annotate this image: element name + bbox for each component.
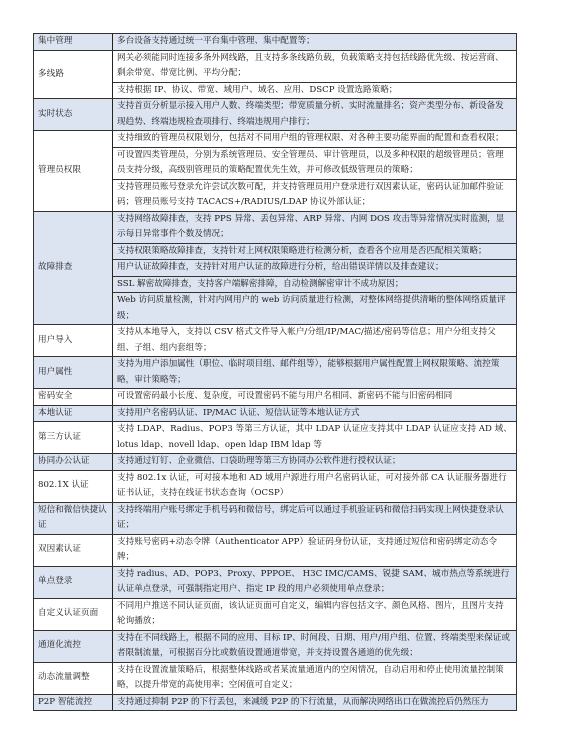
table-row: 双因素认证支持账号密码+动态令牌（Authenticator APP）验证码身份… [34,534,517,566]
feature-label: 用户属性 [34,357,113,389]
feature-label: 管理员权限 [34,131,113,212]
feature-label: 双因素认证 [34,534,113,566]
feature-label: 协同办公认证 [34,454,113,471]
feature-label: 动态流量调整 [34,662,113,694]
table-row: 短信和微信快捷认证支持终端用户账号绑定手机号码和微信号，绑定后可以通过手机验证码… [34,502,517,534]
feature-description: 支持用户名密码认证、IP/MAC 认证、短信认证等本地认证方式 [113,405,517,422]
feature-label: 密码安全 [34,389,113,406]
feature-description: 支持为用户添加属性（职位、临时项目组、邮件组等），能够根据用户属性配置上网权限策… [113,357,517,389]
feature-spec-table: 集中管理多台设备支持通过统一平台集中管理、集中配置等；多线路网关必须能同时连接多… [33,33,517,711]
feature-label: 第三方认证 [34,422,113,454]
table-row: 用户导入支持从本地导入，支持以 CSV 格式文件导入帐户/分组/IP/MAC/描… [34,325,517,357]
feature-label: 短信和微信快捷认证 [34,502,113,534]
feature-description: 可设置四类管理员，分别为系统管理员、安全管理员、审计管理员，以及多种权限的超级管… [113,147,517,179]
feature-description: 支持通过钉钉、企业微信、口袋助理等第三方协同办公软件进行授权认证； [113,454,517,471]
feature-label: 通道化流控 [34,630,113,662]
feature-description: 支持终端用户账号绑定手机号码和微信号，绑定后可以通过手机验证码和微信扫码实现上网… [113,502,517,534]
table-row: 802.1X 认证支持 802.1x 认证，可对接本地和 AD 域用户源进行用户… [34,470,517,502]
feature-description: 支持在不同线路上，根据不同的应用、目标 IP、时间段、日期、用户/用户组、位置、… [113,630,517,662]
table-row: 第三方认证支持 LDAP、Radius、POP3 等第三方认证，其中 LDAP … [34,422,517,454]
table-row: 动态流量调整支持在设置流量策略后，根据整体线路或者某流量通道内的空闲情况，自动启… [34,662,517,694]
feature-description: 网关必须能同时连接多条外网线路，且支持多条线路负载，负载策略支持包括线路优先级、… [113,50,517,82]
feature-description: 支持细致的管理员权限划分，包括对不同用户组的管理权限、对各种主要功能界面的配置和… [113,131,517,148]
feature-label: 本地认证 [34,405,113,422]
feature-label: P2P 智能流控 [34,694,113,711]
table-row: 密码安全可设置密码最小长度、复杂度，可设置密码不能与用户名相同、新密码不能与旧密… [34,389,517,406]
table-row: 本地认证支持用户名密码认证、IP/MAC 认证、短信认证等本地认证方式 [34,405,517,422]
feature-description: 支持 LDAP、Radius、POP3 等第三方认证，其中 LDAP 认证应支持… [113,422,517,454]
feature-description: 不同用户推送不同认证页面，该认证页面可自定义，编辑内容包括文字、颜色风格、图片，… [113,598,517,630]
feature-label: 用户导入 [34,325,113,357]
feature-label: 集中管理 [34,34,113,51]
table-row: 单点登录支持 radius、AD、POP3、Proxy、PPPOE、 H3C I… [34,566,517,598]
table-row: 协同办公认证支持通过钉钉、企业微信、口袋助理等第三方协同办公软件进行授权认证； [34,454,517,471]
table-row: 管理员权限支持细致的管理员权限划分，包括对不同用户组的管理权限、对各种主要功能界… [34,131,517,148]
feature-description: 用户认证故障排查，支持针对用户认证的故障进行分析，给出错误详情以及排查建议； [113,260,517,277]
spec-table-body: 集中管理多台设备支持通过统一平台集中管理、集中配置等；多线路网关必须能同时连接多… [34,34,517,711]
feature-description: 支持 802.1x 认证，可对接本地和 AD 域用户源进行用户名密码认证，可对接… [113,470,517,502]
feature-description: SSL 解密故障排查，支持客户端解密排障，自动检测解密审计不成功原因； [113,276,517,293]
table-row: 多线路网关必须能同时连接多条外网线路，且支持多条线路负载，负载策略支持包括线路优… [34,50,517,82]
feature-description: 支持从本地导入，支持以 CSV 格式文件导入帐户/分组/IP/MAC/描述/密码… [113,325,517,357]
feature-label: 实时状态 [34,99,113,131]
feature-description: 可设置密码最小长度、复杂度，可设置密码不能与用户名相同、新密码不能与旧密码相同 [113,389,517,406]
table-row: 自定义认证页面不同用户推送不同认证页面，该认证页面可自定义，编辑内容包括文字、颜… [34,598,517,630]
feature-description: 支持权限策略故障排查，支持针对上网权限策略进行检测分析，查看各个应用是否匹配相关… [113,243,517,260]
table-row: 用户属性支持为用户添加属性（职位、临时项目组、邮件组等），能够根据用户属性配置上… [34,357,517,389]
table-row: P2P 智能流控支持通过抑制 P2P 的下行丢包，来减缓 P2P 的下行流量，从… [34,694,517,711]
feature-description: 支持根据 IP、协议、带宽、域用户、域名、应用、DSCP 设置选路策略； [113,82,517,99]
table-row: 集中管理多台设备支持通过统一平台集中管理、集中配置等； [34,34,517,51]
feature-description: 支持首页分析显示接入用户人数、终端类型；带宽质量分析、实时流量排名；资产类型分布… [113,99,517,131]
feature-label: 802.1X 认证 [34,470,113,502]
table-row: 实时状态支持首页分析显示接入用户人数、终端类型；带宽质量分析、实时流量排名；资产… [34,99,517,131]
feature-description: 支持账号密码+动态令牌（Authenticator APP）验证码身份认证，支持… [113,534,517,566]
feature-description: Web 访问质量检测，针对内网用户的 web 访问质量进行检测，对整体网络提供清… [113,293,517,325]
table-row: 故障排查支持网络故障排查，支持 PPS 异常、丢包异常、ARP 异常、内网 DO… [34,211,517,243]
feature-description: 多台设备支持通过统一平台集中管理、集中配置等； [113,34,517,51]
table-row: 通道化流控支持在不同线路上，根据不同的应用、目标 IP、时间段、日期、用户/用户… [34,630,517,662]
feature-label: 单点登录 [34,566,113,598]
feature-description: 支持在设置流量策略后，根据整体线路或者某流量通道内的空闲情况，自动启用和停止使用… [113,662,517,694]
feature-label: 自定义认证页面 [34,598,113,630]
feature-description: 支持 radius、AD、POP3、Proxy、PPPOE、 H3C IMC/C… [113,566,517,598]
feature-description: 支持网络故障排查，支持 PPS 异常、丢包异常、ARP 异常、内网 DOS 攻击… [113,211,517,243]
feature-label: 故障排查 [34,211,113,325]
feature-description: 支持管理员账号登录允许尝试次数可配，并支持管理员用户登录进行双因素认证，密码认证… [113,179,517,211]
feature-description: 支持通过抑制 P2P 的下行丢包，来减缓 P2P 的下行流量，从而解决网络出口在… [113,694,517,711]
feature-label: 多线路 [34,50,113,99]
